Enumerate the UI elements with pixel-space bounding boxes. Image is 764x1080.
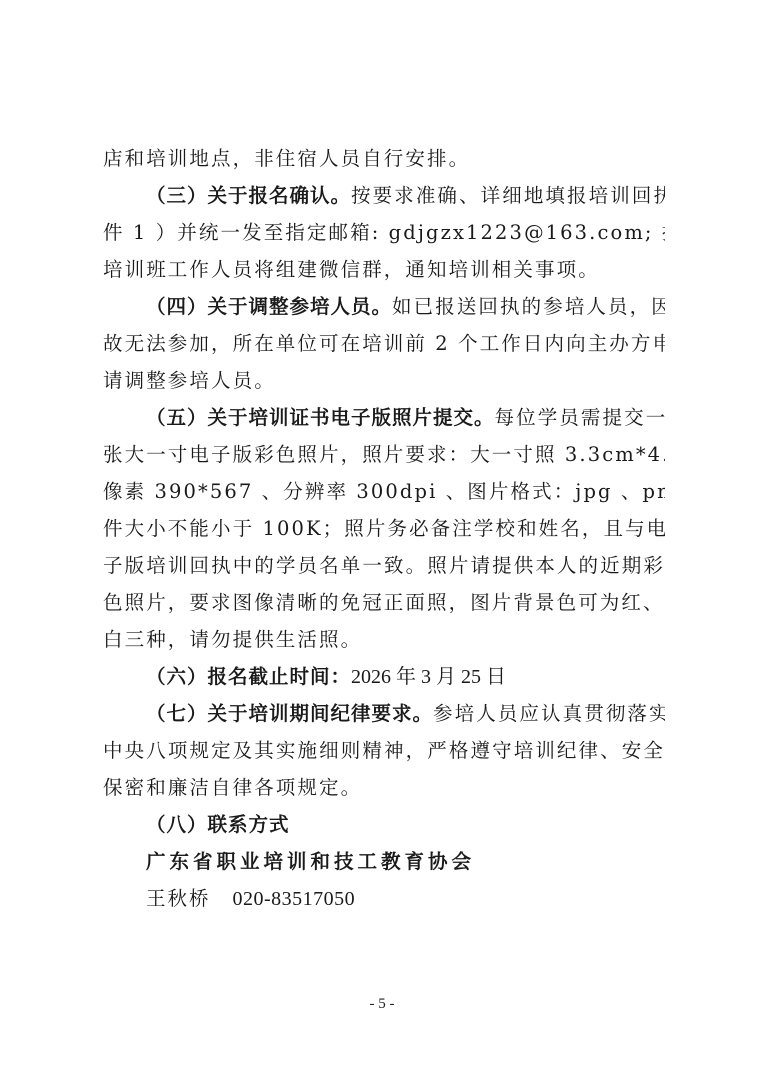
section-7-line-1: （七）关于培训期间纪律要求。参培人员应认真贯彻落实 xyxy=(103,695,665,732)
section-5-line-4: 件大小不能小于 100K；照片务必备注学校和姓名，且与电 xyxy=(103,510,665,547)
document-body: 店和培训地点，非住宿人员自行安排。 （三）关于报名确认。按要求准确、详细地填报培… xyxy=(103,140,665,917)
section-5-line-2: 张大一寸电子版彩色照片，照片要求：大一寸照 3.3cm*4.8cm 、 xyxy=(103,436,665,473)
section-5-text: 每位学员需提交一 xyxy=(495,406,665,429)
section-8-line-1: （八）联系方式 xyxy=(103,806,665,843)
section-8-heading: （八）联系方式 xyxy=(146,813,290,836)
section-4-line-2: 故无法参加，所在单位可在培训前 2 个工作日内向主办方申 xyxy=(103,325,665,362)
section-7-heading: （七）关于培训期间纪律要求。 xyxy=(146,702,433,725)
contact-phone: 020-83517050 xyxy=(233,888,356,910)
section-5-line-1: （五）关于培训证书电子版照片提交。每位学员需提交一 xyxy=(103,399,665,436)
section-3-line-3: 培训班工作人员将组建微信群，通知培训相关事项。 xyxy=(103,251,665,288)
section-3-line-2: 件 1 ）并统一发至指定邮箱: gdjgzx1223@163.com; 报名成功… xyxy=(103,214,665,251)
section-4-line-1: （四）关于调整参培人员。如已报送回执的参培人员，因 xyxy=(103,288,665,325)
section-7-text: 参培人员应认真贯彻落实 xyxy=(433,702,665,725)
section-3-line-1: （三）关于报名确认。按要求准确、详细地填报培训回执（附 xyxy=(103,177,665,214)
section-3-text: 按要求准确、详细地填报培训回执（附 xyxy=(351,184,665,207)
section-5-heading: （五）关于培训证书电子版照片提交。 xyxy=(146,406,495,429)
section-6-line-1: （六）报名截止时间：2026 年 3 月 25 日 xyxy=(103,658,665,695)
section-5-line-5: 子版培训回执中的学员名单一致。照片请提供本人的近期彩 xyxy=(103,547,665,584)
contact-person: 王秋桥 xyxy=(146,887,211,910)
section-7-line-3: 保密和廉洁自律各项规定。 xyxy=(103,769,665,806)
document-page: 店和培训地点，非住宿人员自行安排。 （三）关于报名确认。按要求准确、详细地填报培… xyxy=(0,0,764,1080)
contact-organization: 广东省职业培训和技工教育协会 xyxy=(103,843,665,880)
paragraph-continuation-line: 店和培训地点，非住宿人员自行安排。 xyxy=(103,140,665,177)
section-7-line-2: 中央八项规定及其实施细则精神，严格遵守培训纪律、安全 xyxy=(103,732,665,769)
section-3-heading: （三）关于报名确认。 xyxy=(146,184,351,207)
registration-deadline: 2026 年 3 月 25 日 xyxy=(351,666,506,688)
section-4-line-3: 请调整参培人员。 xyxy=(103,362,665,399)
section-6-heading: （六）报名截止时间： xyxy=(146,665,351,688)
section-4-text: 如已报送回执的参培人员，因 xyxy=(392,295,665,318)
section-5-line-7: 白三种，请勿提供生活照。 xyxy=(103,621,665,658)
page-number: - 5 - xyxy=(0,996,764,1013)
section-5-line-3: 像素 390*567 、分辨率 300dpi 、图片格式：jpg 、png，照片… xyxy=(103,473,665,510)
section-5-line-6: 色照片，要求图像清晰的免冠正面照，图片背景色可为红、蓝、 xyxy=(103,584,665,621)
contact-line: 王秋桥020-83517050 xyxy=(103,880,665,917)
section-4-heading: （四）关于调整参培人员。 xyxy=(146,295,392,318)
